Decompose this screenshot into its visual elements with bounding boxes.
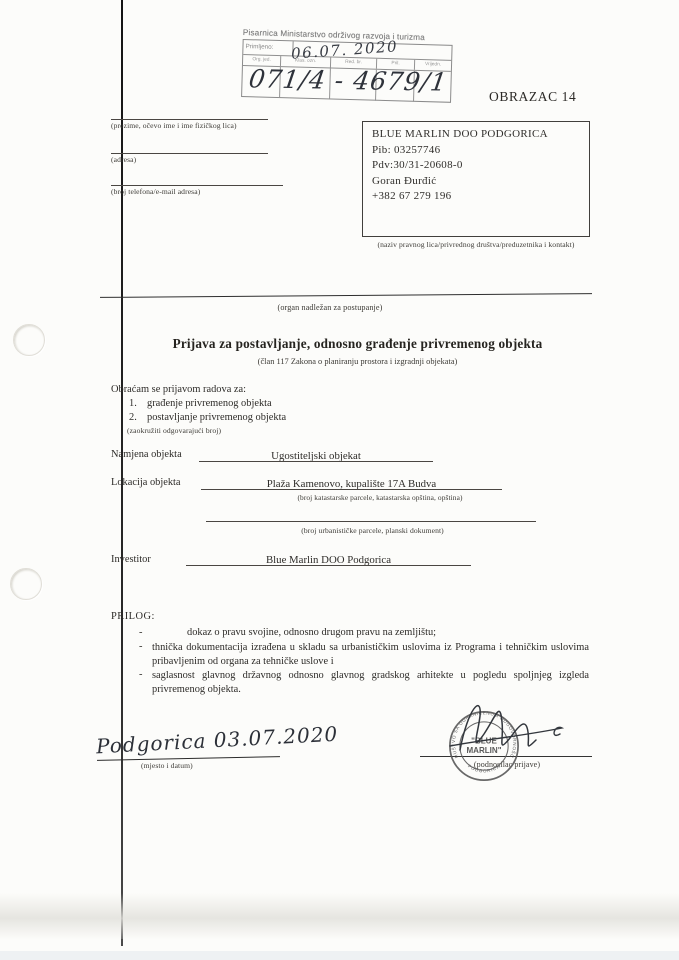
scanned-form-page: Pisarnica Ministarstvo održivog razvoja … — [0, 0, 679, 960]
handwritten-place-date: Podgorica 03.07.2020 — [96, 722, 339, 759]
punch-hole — [13, 324, 45, 356]
circle-number-note: (zaokružiti odgovarajući broj) — [127, 426, 221, 435]
list-dash: - — [139, 669, 142, 680]
place-date-caption: (mjesto i datum) — [141, 761, 193, 770]
company-pib: Pib: 03257746 — [372, 143, 589, 159]
location-field-line-2 — [206, 521, 536, 522]
location-field-line — [201, 489, 502, 490]
company-pdv: Pdv:30/31-20608-0 — [372, 158, 589, 174]
received-label: Primljeno: — [243, 40, 293, 55]
authority-field-line — [100, 293, 592, 298]
scan-shadow — [0, 893, 679, 939]
phone-field-line — [111, 185, 283, 186]
company-name: BLUE MARLIN DOO PODGORICA — [372, 127, 589, 143]
request-intro: Obraćam se prijavom radova za: — [111, 384, 246, 395]
option-1-number: 1. — [129, 398, 137, 409]
location-caption: (broj katastarske parcele, katastarska o… — [285, 493, 475, 502]
option-2-number: 2. — [129, 412, 137, 423]
form-title: Prijava za postavljanje, odnosno građenj… — [125, 336, 590, 352]
address-field-caption: (adresa) — [111, 155, 136, 164]
address-field-line — [111, 153, 268, 154]
name-field-line — [111, 119, 268, 120]
scan-edge — [0, 951, 679, 960]
company-contact-person: Goran Đurđić — [372, 174, 589, 190]
company-phone: +382 67 279 196 — [372, 189, 589, 205]
option-1-text: građenje privremenog objekta — [147, 398, 272, 409]
purpose-label: Namjena objekta — [111, 449, 182, 460]
purpose-field-line — [199, 461, 433, 462]
option-2-text: postavljanje privremenog objekta — [147, 412, 286, 423]
handwritten-case-number: 071/4 - 4679/1 — [247, 64, 449, 96]
name-field-caption: (prezime, očevo ime i ime fizičkog lica) — [111, 121, 237, 130]
attachment-item: thnička dokumentacija izrađena u skladu … — [152, 641, 589, 668]
attachments-label: PRILOG: — [111, 611, 155, 622]
handwritten-signature — [438, 686, 574, 774]
company-info-box: BLUE MARLIN DOO PODGORICA Pib: 03257746 … — [362, 121, 590, 237]
location-label: Lokacija objekta — [111, 477, 181, 488]
list-dash: - — [139, 627, 142, 638]
form-subtitle: (član 117 Zakona o planiranju prostora i… — [125, 357, 590, 366]
investor-label: Investitor — [111, 554, 151, 565]
company-box-caption: (naziv pravnog lica/privrednog društva/p… — [360, 240, 592, 249]
list-dash: - — [139, 641, 142, 652]
authority-caption: (organ nadležan za postupanje) — [230, 303, 430, 312]
phone-field-caption: (broj telefona/e-mail adresa) — [111, 187, 200, 196]
location-caption-2: (broj urbanističke parcele, planski doku… — [290, 526, 455, 535]
form-number-label: OBRAZAC 14 — [489, 89, 576, 105]
attachment-item: dokaz o pravu svojine, odnosno drugom pr… — [187, 627, 436, 638]
investor-field-line — [186, 565, 471, 566]
scan-fold-line — [121, 0, 123, 946]
punch-hole — [10, 568, 42, 600]
